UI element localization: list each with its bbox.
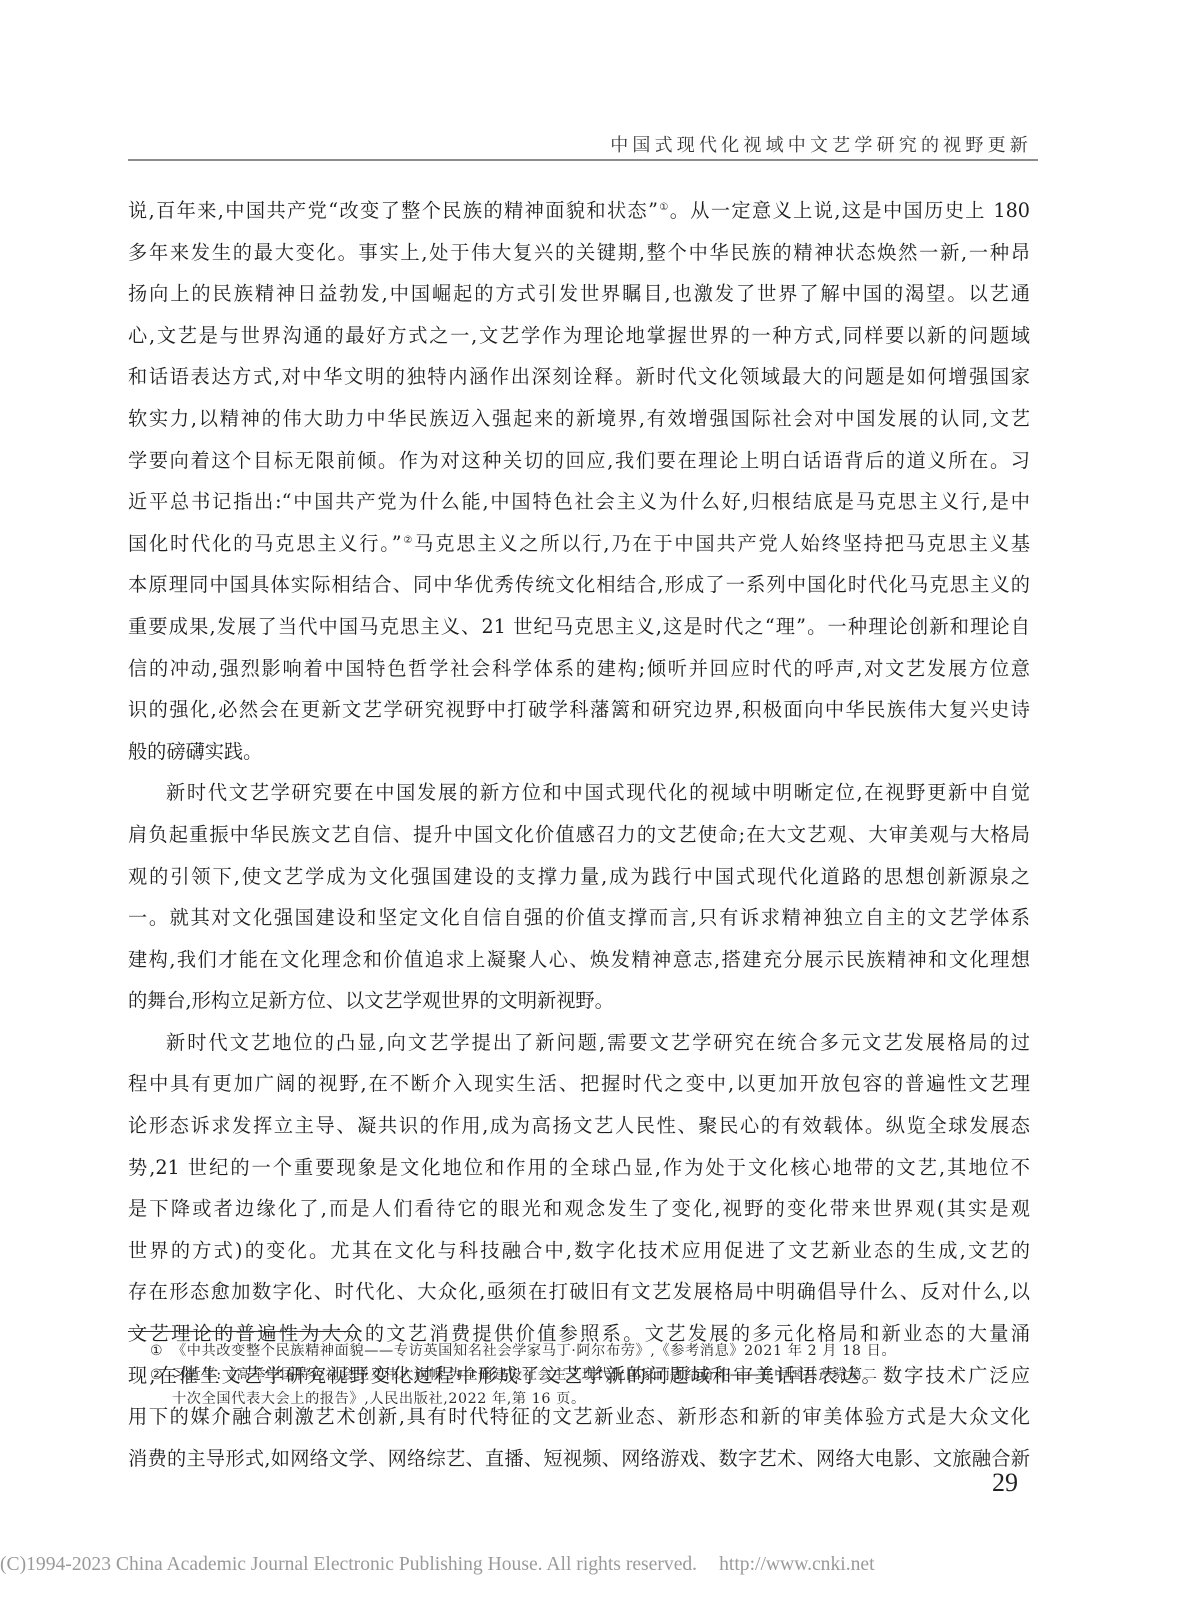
copyright-notice: (C)1994-2023 China Academic Journal Elec… xyxy=(0,1554,875,1576)
footnote-divider xyxy=(128,1331,358,1332)
text-line: 消费的主导形式,如网络文学、网络综艺、直播、短视频、网络游戏、数字艺术、网络大电… xyxy=(128,1438,1030,1480)
text-line: 扬向上的民族精神日益勃发,中国崛起的方式引发世界瞩目,也激发了世界了解中国的渴望… xyxy=(128,273,1030,315)
footnote-text: 习近平:《高举中国特色社会主义伟大旗帜 为全面建设社会主义现代化国家而团结奋斗—… xyxy=(172,1363,1030,1411)
text-line: 的舞台,形构立足新方位、以文艺学观世界的文明新视野。 xyxy=(128,980,1030,1022)
text-line: 世界的方式)的变化。尤其在文化与科技融合中,数字化技术应用促进了文艺新业态的生成… xyxy=(128,1230,1030,1272)
footnote-mark: ② xyxy=(150,1363,172,1411)
text-line: 肩负起重振中华民族文艺自信、提升中国文化价值感召力的文艺使命;在大文艺观、大审美… xyxy=(128,814,1030,856)
text-line: 般的磅礴实践。 xyxy=(128,731,1030,773)
article-body: 说,百年来,中国共产党“改变了整个民族的精神面貌和状态”①。从一定意义上说,这是… xyxy=(128,190,1030,1479)
text-line: 一。就其对文化强国建设和坚定文化自信自强的价值支撑而言,只有诉求精神独立自主的文… xyxy=(128,897,1030,939)
paragraph-2: 新时代文艺学研究要在中国发展的新方位和中国式现代化的视域中明晰定位,在视野更新中… xyxy=(128,772,1030,1022)
paragraph-1: 说,百年来,中国共产党“改变了整个民族的精神面貌和状态”①。从一定意义上说,这是… xyxy=(128,190,1030,772)
cnki-link[interactable]: http://www.cnki.net xyxy=(719,1554,874,1575)
running-header: 中国式现代化视域中文艺学研究的视野更新 xyxy=(128,131,1038,161)
text-line: 信的冲动,强烈影响着中国特色哲学社会科学体系的建构;倾听并回应时代的呼声,对文艺… xyxy=(128,648,1030,690)
text-line: 程中具有更加广阔的视野,在不断介入现实生活、把握时代之变中,以更加开放包容的普遍… xyxy=(128,1063,1030,1105)
text-line: 论形态诉求发挥立主导、凝共识的作用,成为高扬文艺人民性、聚民心的有效载体。纵览全… xyxy=(128,1105,1030,1147)
text-line: 和话语表达方式,对中华文明的独特内涵作出深刻诠释。新时代文化领域最大的问题是如何… xyxy=(128,356,1030,398)
footnote-mark: ① xyxy=(150,1339,172,1363)
footnote-ref-1[interactable]: ① xyxy=(658,202,670,213)
running-title: 中国式现代化视域中文艺学研究的视野更新 xyxy=(610,131,1032,157)
text-line: 新时代文艺地位的凸显,向文艺学提出了新问题,需要文艺学研究在统合多元文艺发展格局… xyxy=(128,1022,1030,1064)
footnote-ref-2[interactable]: ② xyxy=(402,535,415,546)
text-line: 心,文艺是与世界沟通的最好方式之一,文艺学作为理论地掌握世界的一种方式,同样要以… xyxy=(128,315,1030,357)
text-line: 软实力,以精神的伟大助力中华民族迈入强起来的新境界,有效增强国际社会对中国发展的… xyxy=(128,398,1030,440)
text-line: 近平总书记指出:“中国共产党为什么能,中国特色社会主义为什么好,归根结底是马克思… xyxy=(128,481,1030,523)
text-line: 建构,我们才能在文化理念和价值追求上凝聚人心、焕发精神意志,搭建充分展示民族精神… xyxy=(128,939,1030,981)
copyright-text: (C)1994-2023 China Academic Journal Elec… xyxy=(0,1554,697,1575)
text-line: 势,21 世纪的一个重要现象是文化地位和作用的全球凸显,作为处于文化核心地带的文… xyxy=(128,1147,1030,1189)
text-line: 存在形态愈加数字化、时代化、大众化,亟须在打破旧有文艺发展格局中明确倡导什么、反… xyxy=(128,1271,1030,1313)
text-line: 重要成果,发展了当代中国马克思主义、21 世纪马克思主义,这是时代之“理”。一种… xyxy=(128,606,1030,648)
text-line: 本原理同中国具体实际相结合、同中华优秀传统文化相结合,形成了一系列中国化时代化马… xyxy=(128,564,1030,606)
footnote-1: ① 《中共改变整个民族精神面貌——专访英国知名社会学家马丁·阿尔布劳》,《参考消… xyxy=(150,1339,1030,1363)
text-line: 学要向着这个目标无限前倾。作为对这种关切的回应,我们要在理论上明白话语背后的道义… xyxy=(128,440,1030,482)
text-line: 说,百年来,中国共产党“改变了整个民族的精神面貌和状态”①。从一定意义上说,这是… xyxy=(128,190,1030,232)
text-line: 多年来发生的最大变化。事实上,处于伟大复兴的关键期,整个中华民族的精神状态焕然一… xyxy=(128,232,1030,274)
text-line: 新时代文艺学研究要在中国发展的新方位和中国式现代化的视域中明晰定位,在视野更新中… xyxy=(128,772,1030,814)
footnotes: ① 《中共改变整个民族精神面貌——专访英国知名社会学家马丁·阿尔布劳》,《参考消… xyxy=(150,1339,1030,1411)
footnote-2: ② 习近平:《高举中国特色社会主义伟大旗帜 为全面建设社会主义现代化国家而团结奋… xyxy=(150,1363,1030,1411)
page-number: 29 xyxy=(992,1468,1018,1498)
text-line: 观的引领下,使文艺学成为文化强国建设的支撑力量,成为践行中国式现代化道路的思想创… xyxy=(128,856,1030,898)
text-line: 是下降或者边缘化了,而是人们看待它的眼光和观念发生了变化,视野的变化带来世界观(… xyxy=(128,1188,1030,1230)
text-line: 国化时代化的马克思主义行。”②马克思主义之所以行,乃在于中国共产党人始终坚持把马… xyxy=(128,523,1030,565)
text-line: 识的强化,必然会在更新文艺学研究视野中打破学科藩篱和研究边界,积极面向中华民族伟… xyxy=(128,689,1030,731)
footnote-text: 《中共改变整个民族精神面貌——专访英国知名社会学家马丁·阿尔布劳》,《参考消息》… xyxy=(172,1339,1030,1363)
